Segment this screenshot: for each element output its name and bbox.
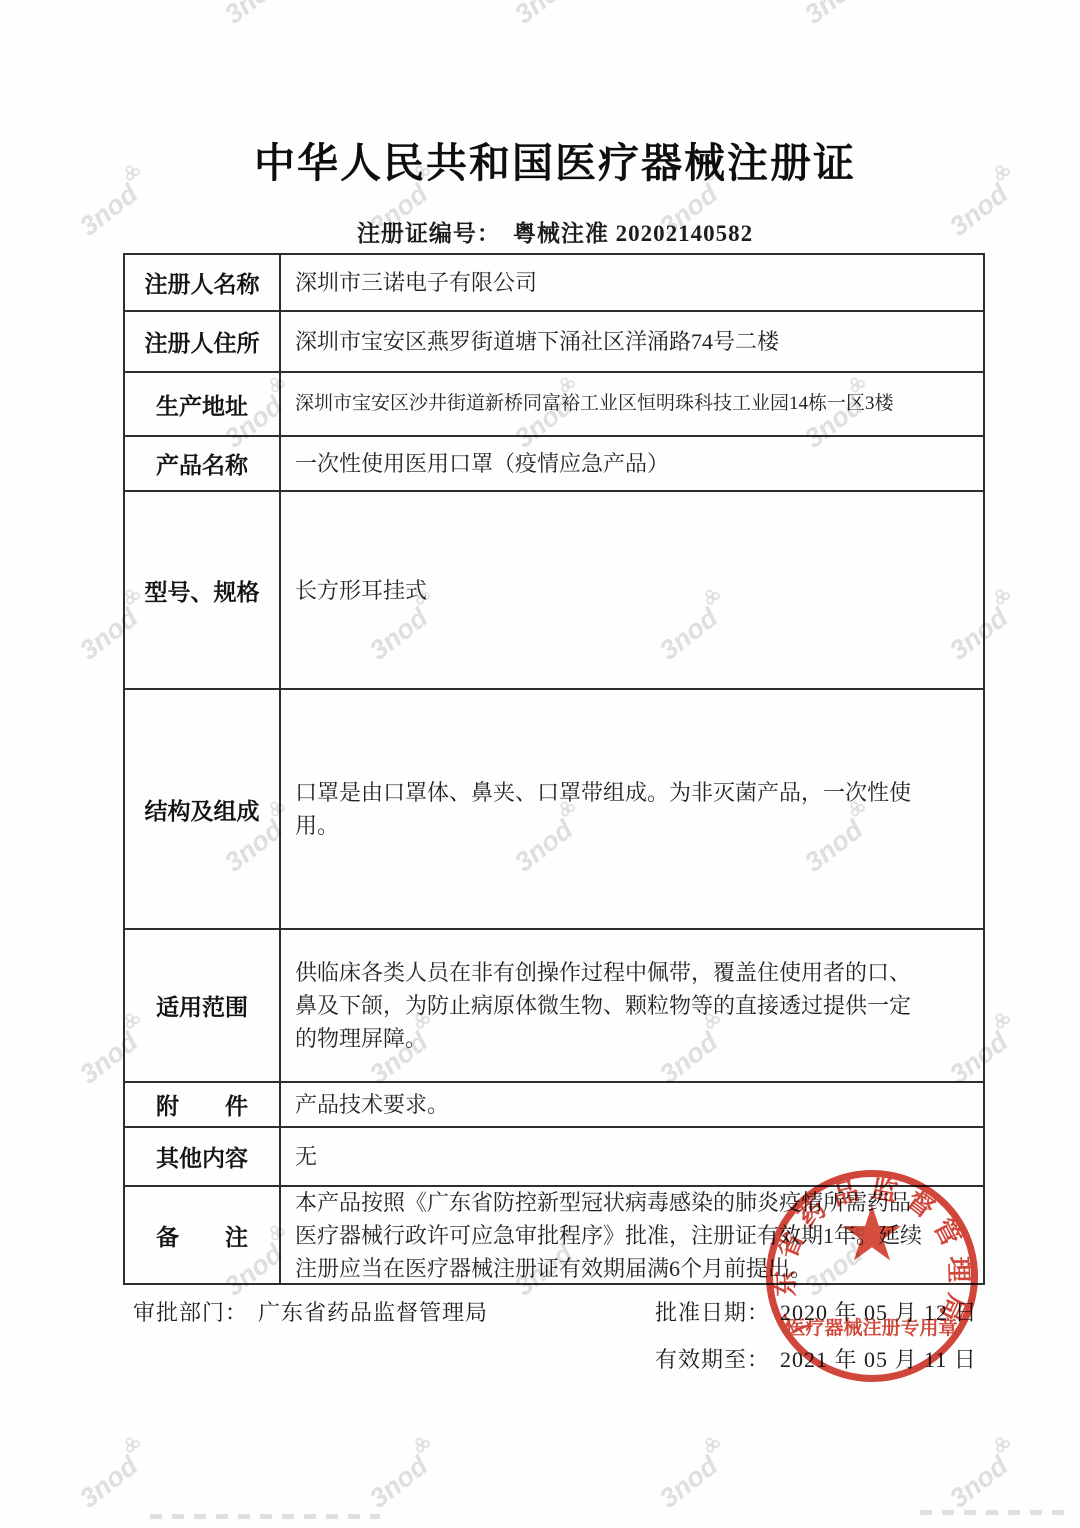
cert-number-value: 粤械注准 20202140582: [513, 221, 753, 246]
table-row: 备 注 本产品按照《广东省防控新型冠状病毒感染的肺炎疫情所需药品医疗器械行政许可…: [125, 1187, 983, 1283]
row-label: 产品名称: [125, 437, 281, 490]
table-row: 注册人名称 深圳市三诺电子有限公司: [125, 255, 983, 312]
watermark-text: 3nod: [365, 1452, 432, 1513]
row-value-text: 深圳市宝安区燕罗街道塘下涌社区洋涌路74号二楼: [295, 325, 779, 358]
row-value-text: 深圳市宝安区沙井街道新桥同富裕工业区恒明珠科技工业园14栋一区3楼: [295, 390, 894, 418]
watermark: 3nod: [75, 1442, 155, 1513]
clover-icon: [991, 586, 1012, 607]
row-label: 型号、规格: [125, 492, 281, 688]
row-value-text: 口罩是由口罩体、鼻夹、口罩带组成。为非灭菌产品，一次性使用。: [295, 776, 927, 842]
watermark: 3nod: [0, 382, 10, 453]
watermark: 3nod: [220, 0, 300, 29]
table-row: 生产地址 深圳市宝安区沙井街道新桥同富裕工业区恒明珠科技工业园14栋一区3楼: [125, 373, 983, 437]
row-value: 无: [281, 1128, 983, 1185]
row-value-text: 一次性使用医用口罩（疫情应急产品）: [295, 447, 669, 480]
approval-date-label: 批准日期：: [655, 1300, 770, 1325]
row-value-text: 本产品按照《广东省防控新型冠状病毒感染的肺炎疫情所需药品医疗器械行政许可应急审批…: [295, 1186, 927, 1285]
row-label: 其他内容: [125, 1128, 281, 1185]
row-label: 注册人名称: [125, 255, 281, 310]
table-row: 附 件 产品技术要求。: [125, 1083, 983, 1128]
watermark: 3nod: [510, 0, 590, 29]
row-value: 供临床各类人员在非有创操作过程中佩带，覆盖住使用者的口、鼻及下颌，为防止病原体微…: [281, 930, 983, 1081]
watermark-text: 3nod: [945, 1452, 1012, 1513]
clover-icon: [121, 1434, 142, 1455]
row-value: 深圳市宝安区燕罗街道塘下涌社区洋涌路74号二楼: [281, 312, 983, 371]
clover-icon: [701, 1434, 722, 1455]
watermark: 3nod: [655, 1442, 735, 1513]
clover-icon: [411, 1434, 432, 1455]
row-value: 产品技术要求。: [281, 1083, 983, 1126]
row-label: 生产地址: [125, 373, 281, 435]
row-value: 深圳市三诺电子有限公司: [281, 255, 983, 310]
table-row: 适用范围 供临床各类人员在非有创操作过程中佩带，覆盖住使用者的口、鼻及下颌，为防…: [125, 930, 983, 1083]
row-value: 本产品按照《广东省防控新型冠状病毒感染的肺炎疫情所需药品医疗器械行政许可应急审批…: [281, 1187, 983, 1283]
watermark: 3nod: [0, 806, 10, 877]
watermark-text: 3nod: [75, 1452, 142, 1513]
row-label: 备 注: [125, 1187, 281, 1283]
approval-department-line: 审批部门：广东省药品监督管理局: [133, 1296, 488, 1327]
clover-icon: [991, 1434, 1012, 1455]
approval-date-line: 批准日期：2020 年 05 月 12 日: [655, 1296, 978, 1327]
row-label: 适用范围: [125, 930, 281, 1081]
table-row: 型号、规格 长方形耳挂式: [125, 492, 983, 690]
clover-icon: [991, 1010, 1012, 1031]
row-value-text: 深圳市三诺电子有限公司: [295, 266, 537, 299]
row-value: 长方形耳挂式: [281, 492, 983, 688]
table-row: 注册人住所 深圳市宝安区燕罗街道塘下涌社区洋涌路74号二楼: [125, 312, 983, 373]
watermark: 3nod: [800, 0, 880, 29]
table-row: 结构及组成 口罩是由口罩体、鼻夹、口罩带组成。为非灭菌产品，一次性使用。: [125, 690, 983, 930]
watermark-text: 3nod: [655, 1452, 722, 1513]
scan-artifact: [150, 1514, 380, 1519]
cert-number-line: 注册证编号：粤械注准 20202140582: [110, 215, 1000, 248]
watermark: 3nod: [0, 1230, 10, 1301]
row-value-text: 无: [295, 1140, 317, 1173]
cert-number-label: 注册证编号：: [357, 221, 501, 246]
scan-artifact: [920, 1510, 1070, 1515]
row-value: 口罩是由口罩体、鼻夹、口罩带组成。为非灭菌产品，一次性使用。: [281, 690, 983, 928]
table-row: 其他内容 无: [125, 1128, 983, 1187]
row-value: 深圳市宝安区沙井街道新桥同富裕工业区恒明珠科技工业园14栋一区3楼: [281, 373, 983, 435]
table-row: 产品名称 一次性使用医用口罩（疫情应急产品）: [125, 437, 983, 492]
row-value: 一次性使用医用口罩（疫情应急产品）: [281, 437, 983, 490]
watermark: 3nod: [365, 1442, 445, 1513]
valid-until-label: 有效期至：: [655, 1347, 770, 1372]
watermark: 3nod: [0, 0, 10, 29]
approval-department-value: 广东省药品监督管理局: [258, 1300, 488, 1325]
certificate-page: 中华人民共和国医疗器械注册证 注册证编号：粤械注准 20202140582 注册…: [0, 0, 1080, 1528]
certificate-table: 注册人名称 深圳市三诺电子有限公司 注册人住所 深圳市宝安区燕罗街道塘下涌社区洋…: [123, 253, 985, 1285]
document-title: 中华人民共和国医疗器械注册证: [110, 130, 1000, 189]
row-label: 结构及组成: [125, 690, 281, 928]
valid-until-value: 2021 年 05 月 11 日: [780, 1347, 977, 1372]
valid-until-line: 有效期至：2021 年 05 月 11 日: [655, 1343, 977, 1374]
watermark-text: 3nod: [220, 0, 287, 29]
row-value-text: 长方形耳挂式: [295, 574, 427, 607]
row-value-text: 产品技术要求。: [295, 1088, 449, 1121]
approval-date-value: 2020 年 05 月 12 日: [780, 1300, 978, 1325]
watermark: 3nod: [945, 1442, 1025, 1513]
row-value-text: 供临床各类人员在非有创操作过程中佩带，覆盖住使用者的口、鼻及下颌，为防止病原体微…: [295, 956, 927, 1055]
row-label: 附 件: [125, 1083, 281, 1126]
approval-department-label: 审批部门：: [133, 1300, 248, 1325]
watermark-text: 3nod: [800, 0, 867, 29]
watermark-text: 3nod: [510, 0, 577, 29]
row-label: 注册人住所: [125, 312, 281, 371]
